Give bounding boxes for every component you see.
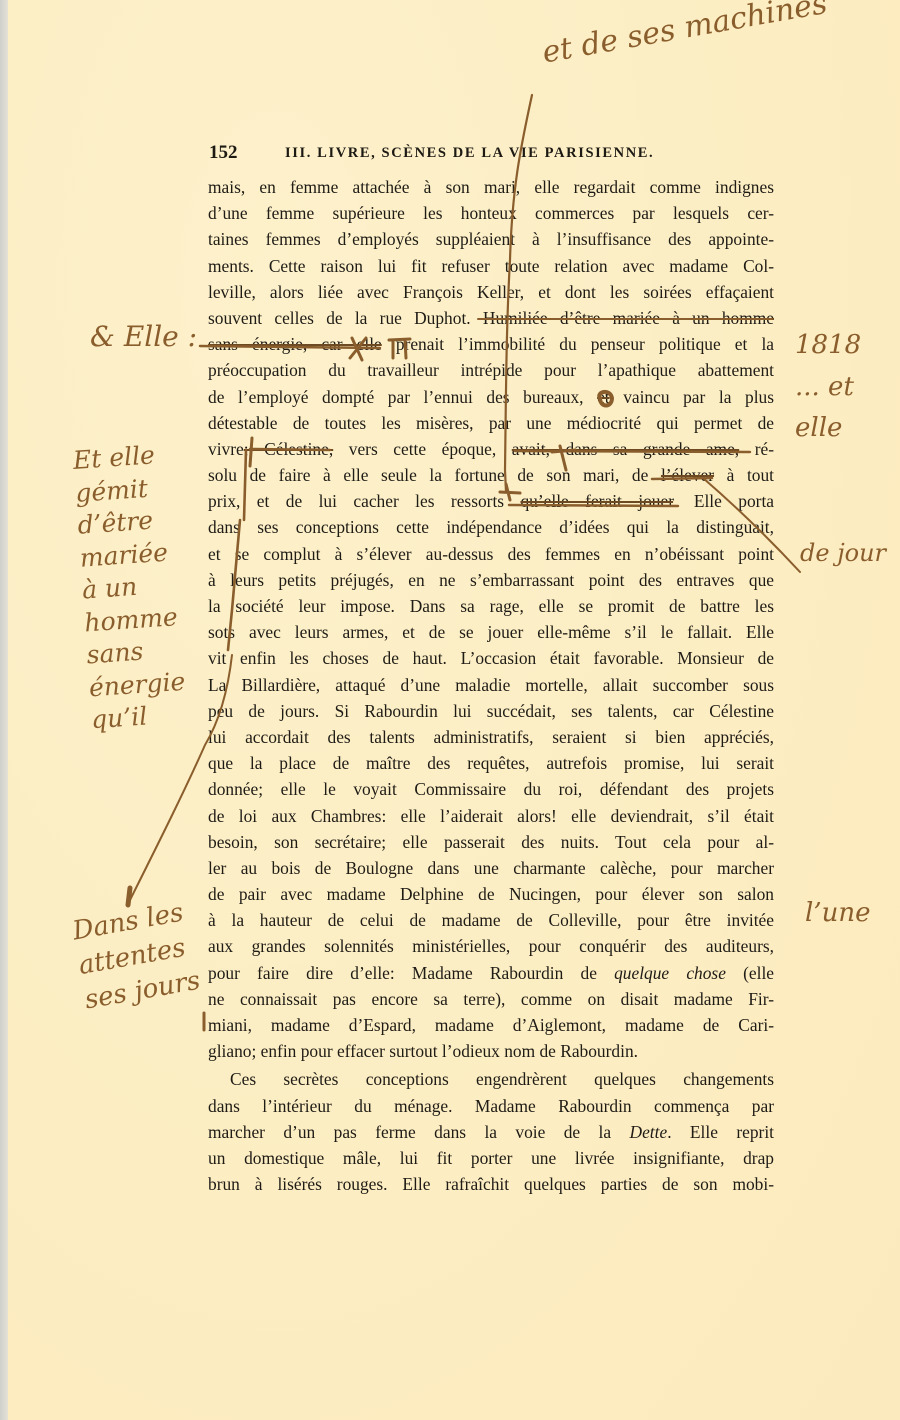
text-segment: ler au bois de Boulogne dans une charman…: [208, 858, 774, 878]
text-segment: souvent celles de la rue Duphot.: [208, 308, 483, 328]
text-line: ments. Cette raison lui fit refuser tout…: [208, 253, 774, 279]
text-segment: . Elle reprit: [667, 1122, 774, 1142]
text-line: souvent celles de la rue Duphot. Humilié…: [208, 305, 774, 331]
text-line: besoin, son secrétaire; elle passerait d…: [208, 829, 774, 855]
text-segment: la société leur impose. Dans sa rage, el…: [208, 596, 774, 616]
text-line: vit enfin les choses de haut. L’occasion…: [208, 645, 774, 671]
text-line: préoccupation du travailleur intrépide p…: [208, 357, 774, 383]
text-segment: donnée; elle le voyait Commissaire du ro…: [208, 779, 774, 799]
text-segment: ré-: [739, 439, 774, 459]
text-line: dans ses conceptions cette indépendance …: [208, 514, 774, 540]
deleted-text: Humiliée d’être mariée à un homme: [483, 308, 774, 328]
page-number: 152: [209, 142, 238, 164]
text-segment: prenait l’immobilité du penseur politiqu…: [382, 334, 774, 354]
text-line: donnée; elle le voyait Commissaire du ro…: [208, 776, 774, 802]
text-line: sans énergie, car elle prenait l’immobil…: [208, 331, 774, 357]
text-line: de l’employé dompté par l’ennui des bure…: [208, 384, 774, 410]
text-segment: prix, et de lui cacher les ressorts: [208, 491, 520, 511]
text-line: détestable de toutes les misères, par un…: [208, 410, 774, 436]
text-segment: solu de faire à elle seule la fortune de…: [208, 465, 661, 485]
deleted-text: sans énergie, car elle: [208, 334, 382, 354]
text-segment: marcher d’un pas ferme dans la voie de l…: [208, 1122, 630, 1142]
text-segment: vaincu par la plus: [610, 387, 774, 407]
italic-text: Dette: [630, 1122, 668, 1142]
text-segment: ments. Cette raison lui fit refuser tout…: [208, 256, 774, 276]
text-segment: sots avec leurs armes, et de se jouer el…: [208, 622, 774, 642]
text-line: à la hauteur de celui de madame de Colle…: [208, 907, 774, 933]
text-line: mais, en femme attachée à son mari, elle…: [208, 174, 774, 200]
text-line: brun à lisérés rouges. Elle rafraîchit q…: [208, 1171, 774, 1197]
text-segment: vers cette époque,: [333, 439, 512, 459]
text-segment: de loi aux Chambres: elle l’aiderait alo…: [208, 806, 774, 826]
text-line: gliano; enfin pour effacer surtout l’odi…: [208, 1038, 774, 1064]
text-line: lui accordait des talents administratifs…: [208, 724, 774, 750]
text-line: de loi aux Chambres: elle l’aiderait alo…: [208, 803, 774, 829]
text-line: miani, madame d’Espard, madame d’Aiglemo…: [208, 1012, 774, 1038]
deleted-text: avait, dans sa grande ame,: [512, 439, 739, 459]
text-line: de pair avec madame Delphine de Nucingen…: [208, 881, 774, 907]
text-segment: pour faire dire d’elle: Madame Rabourdin…: [208, 963, 614, 983]
text-segment: taines femmes d’employés suppléaient à l…: [208, 229, 774, 249]
annotation-left-middle: Et elle gémit d’être mariée à un homme s…: [72, 437, 202, 736]
text-line: la société leur impose. Dans sa rage, el…: [208, 593, 774, 619]
text-segment: à leurs petits préjugés, en ne s’embarra…: [208, 570, 774, 590]
text-line: un domestique mâle, lui fit porter une l…: [208, 1145, 774, 1171]
body-text: mais, en femme attachée à son mari, elle…: [208, 174, 774, 1197]
text-segment: de l’employé dompté par l’ennui des bure…: [208, 387, 597, 407]
text-line: vivre; Célestine, vers cette époque, ava…: [208, 436, 774, 462]
text-segment: leville, alors liée avec François Keller…: [208, 282, 774, 302]
text-line: prix, et de lui cacher les ressorts qu’e…: [208, 488, 774, 514]
text-segment: à tout: [714, 465, 774, 485]
text-line: à leurs petits préjugés, en ne s’embarra…: [208, 567, 774, 593]
deleted-text: qu’elle ferait jouer: [520, 491, 673, 511]
text-segment: un domestique mâle, lui fit porter une l…: [208, 1148, 774, 1168]
text-segment: Ces secrètes conceptions engendrèrent qu…: [230, 1069, 774, 1089]
text-line: La Billardière, attaqué d’une maladie mo…: [208, 672, 774, 698]
annotation-right-lower: l’une: [805, 900, 870, 927]
text-line: solu de faire à elle seule la fortune de…: [208, 462, 774, 488]
text-segment: que la place de maître des requêtes, aut…: [208, 753, 774, 773]
text-line: d’une femme supérieure les honteux comme…: [208, 200, 774, 226]
text-segment: dans ses conceptions cette indépendance …: [208, 517, 774, 537]
text-segment: de pair avec madame Delphine de Nucingen…: [208, 884, 774, 904]
text-segment: brun à lisérés rouges. Elle rafraîchit q…: [208, 1174, 774, 1194]
text-segment: ne connaissait pas encore sa terre), com…: [208, 989, 774, 1009]
text-segment: mais, en femme attachée à son mari, elle…: [208, 177, 774, 197]
annotation-left-lower: Dans les attentes ses jours: [70, 894, 206, 1019]
text-segment: aux grandes solennités ministérielles, p…: [208, 936, 774, 956]
text-segment: et se complut à s’élever au-dessus des f…: [208, 544, 774, 564]
text-segment: vit enfin les choses de haut. L’occasion…: [208, 648, 774, 668]
text-segment: détestable de toutes les misères, par un…: [208, 413, 774, 433]
text-line: peu de jours. Si Rabourdin lui succédait…: [208, 698, 774, 724]
italic-text: quelque chose: [614, 963, 726, 983]
text-line: et se complut à s’élever au-dessus des f…: [208, 541, 774, 567]
text-line: sots avec leurs armes, et de se jouer el…: [208, 619, 774, 645]
text-segment: à la hauteur de celui de madame de Colle…: [208, 910, 774, 930]
text-line: aux grandes solennités ministérielles, p…: [208, 933, 774, 959]
text-line: ne connaissait pas encore sa terre), com…: [208, 986, 774, 1012]
text-line: ler au bois de Boulogne dans une charman…: [208, 855, 774, 881]
text-segment: peu de jours. Si Rabourdin lui succédait…: [208, 701, 774, 721]
text-line: Ces secrètes conceptions engendrèrent qu…: [208, 1066, 774, 1092]
text-segment: (elle: [726, 963, 774, 983]
text-line: marcher d’un pas ferme dans la voie de l…: [208, 1119, 774, 1145]
text-segment: lui accordait des talents administratifs…: [208, 727, 774, 747]
deleted-text: ; Célestine,: [244, 439, 333, 459]
text-segment: vivre: [208, 439, 244, 459]
text-segment: . Elle porta: [673, 491, 774, 511]
deleted-text: l’élever: [661, 465, 714, 485]
text-segment: dans l’intérieur du ménage. Madame Rabou…: [208, 1096, 774, 1116]
scan-left-border: [0, 0, 8, 1420]
text-line: pour faire dire d’elle: Madame Rabourdin…: [208, 960, 774, 986]
text-line: leville, alors liée avec François Keller…: [208, 279, 774, 305]
text-segment: miani, madame d’Espard, madame d’Aiglemo…: [208, 1015, 774, 1035]
text-line: taines femmes d’employés suppléaient à l…: [208, 226, 774, 252]
text-segment: gliano; enfin pour effacer surtout l’odi…: [208, 1041, 638, 1061]
text-line: dans l’intérieur du ménage. Madame Rabou…: [208, 1093, 774, 1119]
annotation-left-upper: & Elle :: [90, 322, 197, 351]
deleted-text: et: [597, 387, 610, 407]
text-segment: besoin, son secrétaire; elle passerait d…: [208, 832, 774, 852]
annotation-right-middle: de jour: [800, 535, 890, 571]
text-segment: d’une femme supérieure les honteux comme…: [208, 203, 774, 223]
page-header: 152 III. LIVRE, SCÈNES DE LA VIE PARISIE…: [209, 142, 774, 166]
running-head: III. LIVRE, SCÈNES DE LA VIE PARISIENNE.: [285, 145, 654, 162]
annotation-right-upper: 1818 ... et elle: [795, 325, 885, 450]
text-segment: préoccupation du travailleur intrépide p…: [208, 360, 774, 380]
text-line: que la place de maître des requêtes, aut…: [208, 750, 774, 776]
text-segment: La Billardière, attaqué d’une maladie mo…: [208, 675, 774, 695]
